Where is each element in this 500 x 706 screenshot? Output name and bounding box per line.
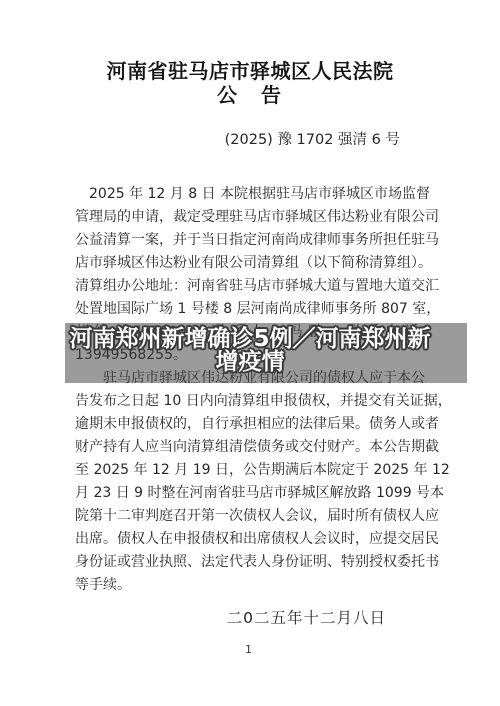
notice-body: 2025 年 12 月 8 日 本院根据驻马店市驿城区市场监督 管理局的申请，裁…: [75, 183, 443, 597]
body-line: 2025 年 12 月 8 日 本院根据驻马店市驿城区市场监督: [75, 183, 443, 206]
date-line: 二0二五年十二月八日: [227, 606, 386, 628]
body-line: 至 2025 年 12 月 19 日，公告期满后本院定于 2025 年 12: [75, 459, 443, 482]
court-name: 河南省驻马店市驿城区人民法院: [0, 60, 500, 83]
body-line: 等手续。: [75, 574, 443, 597]
body-line: 清算组办公地址：河南省驻马店市驿城大道与置地大道交汇: [75, 275, 443, 298]
overlay-headline-line: 增疫情: [66, 351, 434, 374]
body-line: 公益清算一案，并于当日指定河南尚成律师事务所担任驻马: [75, 229, 443, 252]
body-line: 财产持有人应当向清算组清偿债务或交付财产。本公告期截: [75, 436, 443, 459]
overlay-headline: 河南郑州新增确诊5例／河南郑州新 增疫情: [66, 328, 434, 373]
body-line: 月 23 日 9 时整在河南省驻马店市驿城区解放路 1099 号本: [75, 482, 443, 505]
body-line: 院第十二审判庭召开第一次债权人会议，届时所有债权人应: [75, 505, 443, 528]
body-line: 店市驿城区伟达粉业有限公司清算组（以下简称清算组）。: [75, 252, 443, 275]
page-number: 1: [245, 643, 252, 656]
notice-title: 公 告: [0, 84, 500, 106]
body-line: 出席。债权人在申报债权和出席债权人会议时，应提交居民: [75, 528, 443, 551]
overlay-headline-line: 河南郑州新增确诊5例／河南郑州新: [66, 328, 434, 351]
case-number: (2025) 豫 1702 强清 6 号: [225, 131, 400, 149]
body-line: 管理局的申请，裁定受理驻马店市驿城区伟达粉业有限公司: [75, 206, 443, 229]
body-line: 身份证或营业执照、法定代表人身份证明、特别授权委托书: [75, 551, 443, 574]
body-line: 告发布之日起 10 日内向清算组申报债权，并提交有关证据，: [75, 390, 443, 413]
court-notice-page: 河南省驻马店市驿城区人民法院 公 告 (2025) 豫 1702 强清 6 号 …: [0, 0, 500, 706]
body-line: 逾期未申报债权的，自行承担相应的法律后果。债务人或者: [75, 413, 443, 436]
body-line: 处置地国际广场 1 号楼 8 层河南尚成律师事务所 807 室，: [75, 298, 443, 321]
